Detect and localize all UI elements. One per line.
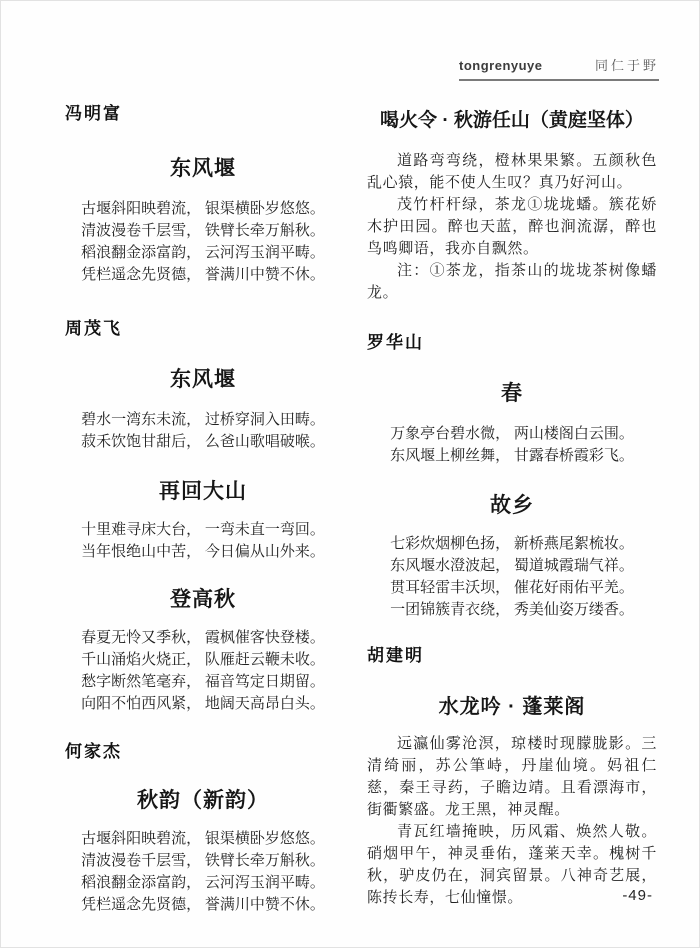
- poem-line: 凭栏遥念先贤德， 誉满川中赞不休。: [65, 894, 341, 916]
- page-number: -49-: [622, 887, 653, 904]
- column-right: 喝火令 · 秋游任山（黄庭坚体） 道路弯弯绕，橙林果果繁。五颜秋色乱心猿，能不使…: [367, 89, 657, 916]
- poem-line: 碧水一湾东未流， 过桥穿洞入田畴。: [65, 409, 341, 431]
- poem-body: 古堰斜阳映碧流， 银渠横卧岁悠悠。 清波漫卷千层雪， 铁臂长牵万斛秋。 稻浪翻金…: [65, 198, 341, 286]
- ci-paragraph: 远瀛仙雾沧溟，琼楼时现朦胧影。三清绮丽，苏公筆峙，丹崖仙境。妈祖仁慈，秦王寻药，…: [367, 733, 657, 821]
- author-name: 胡建明: [367, 641, 657, 666]
- poem-line: 凭栏遥念先贤德， 誉满川中赞不休。: [65, 264, 341, 286]
- author-name: 罗华山: [367, 328, 657, 353]
- poem-line: 一团锦簇青衣绕， 秀美仙姿万缕香。: [367, 599, 657, 621]
- ci-body: 道路弯弯绕，橙林果果繁。五颜秋色乱心猿，能不使人生叹？真乃好河山。 茂竹杆杆绿，…: [367, 150, 657, 304]
- header-slug: tongrenyuye: [459, 58, 543, 73]
- footnote: 注：①茶龙，指茶山的垅垅茶树像蟠龙。: [367, 260, 657, 304]
- poem-line: 向阳不怕西风紧， 地阔天高昂白头。: [65, 693, 341, 715]
- poem-line: 古堰斜阳映碧流， 银渠横卧岁悠悠。: [65, 828, 341, 850]
- poem-line: 春夏无怜又季秋， 霞枫催客快登楼。: [65, 627, 341, 649]
- poem-line: 清波漫卷千层雪， 铁臂长牵万斛秋。: [65, 850, 341, 872]
- poem-line: 东风堰水澄波起， 蜀道城霞瑞气祥。: [367, 555, 657, 577]
- author-name: 冯明富: [65, 99, 341, 124]
- poem-line: 万象亭台碧水微， 两山楼阁白云围。: [367, 423, 657, 445]
- poem-body: 七彩炊烟柳色扬， 新桥燕尾絮梳妆。 东风堰水澄波起， 蜀道城霞瑞气祥。 贯耳轻雷…: [367, 533, 657, 621]
- ci-paragraph: 道路弯弯绕，橙林果果繁。五颜秋色乱心猿，能不使人生叹？真乃好河山。: [367, 150, 657, 194]
- poem-line: 东风堰上柳丝舞， 甘露春桥霞彩飞。: [367, 445, 657, 467]
- poem-line: 十里难寻床大台， 一弯未直一弯回。: [65, 519, 341, 541]
- poem-body: 碧水一湾东未流， 过桥穿洞入田畴。 菽禾饮饱甘甜后， 么爸山歌唱破喉。: [65, 409, 341, 453]
- poem-title: 喝火令 · 秋游任山（黄庭坚体）: [367, 105, 657, 132]
- ci-paragraph: 茂竹杆杆绿，茶龙①垅垅蟠。簇花娇木护田园。醉也天蓝，醉也涧流潺，醉也鸟鸣卿语，我…: [367, 194, 657, 260]
- poem-title: 再回大山: [65, 475, 341, 505]
- poem-line: 七彩炊烟柳色扬， 新桥燕尾絮梳妆。: [367, 533, 657, 555]
- poem-line: 愁字断然笔毫弃， 福音笃定日期留。: [65, 671, 341, 693]
- poem-body: 十里难寻床大台， 一弯未直一弯回。 当年恨绝山中苦， 今日偏从山外来。: [65, 519, 341, 563]
- poem-line: 古堰斜阳映碧流， 银渠横卧岁悠悠。: [65, 198, 341, 220]
- ci-body: 远瀛仙雾沧溟，琼楼时现朦胧影。三清绮丽，苏公筆峙，丹崖仙境。妈祖仁慈，秦王寻药，…: [367, 733, 657, 909]
- poem-title: 水龙吟 · 蓬莱阁: [367, 690, 657, 719]
- ci-paragraph: 青瓦红墙掩映，历风霜、焕然人敬。硝烟甲午，神灵垂佑，蓬莱天幸。槐树千秋，驴皮仍在…: [367, 821, 657, 909]
- book-page: tongrenyuye 同仁于野 冯明富 东风堰 古堰斜阳映碧流， 银渠横卧岁悠…: [0, 0, 700, 948]
- poem-line: 菽禾饮饱甘甜后， 么爸山歌唱破喉。: [65, 431, 341, 453]
- poem-title: 秋韵（新韵）: [65, 784, 341, 814]
- poem-line: 贯耳轻雷丰沃坝， 催花好雨佑平羌。: [367, 577, 657, 599]
- poem-body: 万象亭台碧水微， 两山楼阁白云围。 东风堰上柳丝舞， 甘露春桥霞彩飞。: [367, 423, 657, 467]
- poem-title: 登高秋: [65, 583, 341, 613]
- poem-line: 稻浪翻金添富韵， 云河泻玉润平畴。: [65, 872, 341, 894]
- poem-body: 古堰斜阳映碧流， 银渠横卧岁悠悠。 清波漫卷千层雪， 铁臂长牵万斛秋。 稻浪翻金…: [65, 828, 341, 916]
- page-content: 冯明富 东风堰 古堰斜阳映碧流， 银渠横卧岁悠悠。 清波漫卷千层雪， 铁臂长牵万…: [65, 89, 657, 916]
- poem-line: 当年恨绝山中苦， 今日偏从山外来。: [65, 541, 341, 563]
- column-left: 冯明富 东风堰 古堰斜阳映碧流， 银渠横卧岁悠悠。 清波漫卷千层雪， 铁臂长牵万…: [65, 89, 341, 916]
- poem-title: 故乡: [367, 489, 657, 519]
- poem-title: 春: [367, 377, 657, 407]
- header-journal-name: 同仁于野: [595, 55, 659, 74]
- poem-title: 东风堰: [65, 363, 341, 393]
- poem-line: 清波漫卷千层雪， 铁臂长牵万斛秋。: [65, 220, 341, 242]
- poem-body: 春夏无怜又季秋， 霞枫催客快登楼。 千山涌焰火烧正， 队雁赶云鞭未收。 愁字断然…: [65, 627, 341, 715]
- poem-line: 稻浪翻金添富韵， 云河泻玉润平畴。: [65, 242, 341, 264]
- author-name: 何家杰: [65, 737, 341, 762]
- poem-line: 千山涌焰火烧正， 队雁赶云鞭未收。: [65, 649, 341, 671]
- poem-title: 东风堰: [65, 152, 341, 182]
- page-header: tongrenyuye 同仁于野: [459, 55, 659, 81]
- author-name: 周茂飞: [65, 314, 341, 339]
